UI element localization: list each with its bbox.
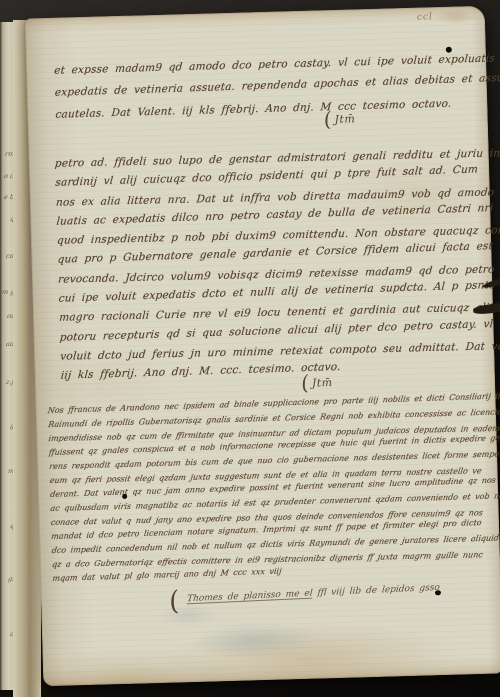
paragraph-bracket-icon: ( xyxy=(166,586,182,617)
chancery-note-amount: ffl viij lib de lepidos gsso xyxy=(317,583,440,599)
item-marker: (Jtm̄ xyxy=(301,370,333,395)
folio-smudge xyxy=(433,8,479,25)
manuscript-page: ccl et expsse madam9 qd amodo dco petro … xyxy=(25,6,500,687)
entry-paragraph-3: Nos ffrancus de Arandono nec ipsidem ad … xyxy=(48,391,500,586)
paragraph-bracket-icon: ( xyxy=(322,107,334,132)
item-marker-label: Jtm̄ xyxy=(334,112,355,126)
photo-backdrop: rm o c e b q co m g os ad z.j g m q gi o… xyxy=(0,0,500,697)
wormhole-dot xyxy=(122,494,127,499)
entry-paragraph-1: et expsse madam9 qd amodo dco petro cast… xyxy=(54,47,500,126)
folio-number: ccl xyxy=(417,12,433,22)
item-marker-label: Jtm̄ xyxy=(312,376,333,390)
chancery-note-name: Thomes de planisso me el xyxy=(187,589,313,605)
paragraph-bracket-icon: ( xyxy=(299,370,311,395)
entry-paragraph-2: petro ad. ffideli suo lupo de genstar ad… xyxy=(55,141,500,387)
item-marker: (Jtm̄ xyxy=(323,106,355,131)
